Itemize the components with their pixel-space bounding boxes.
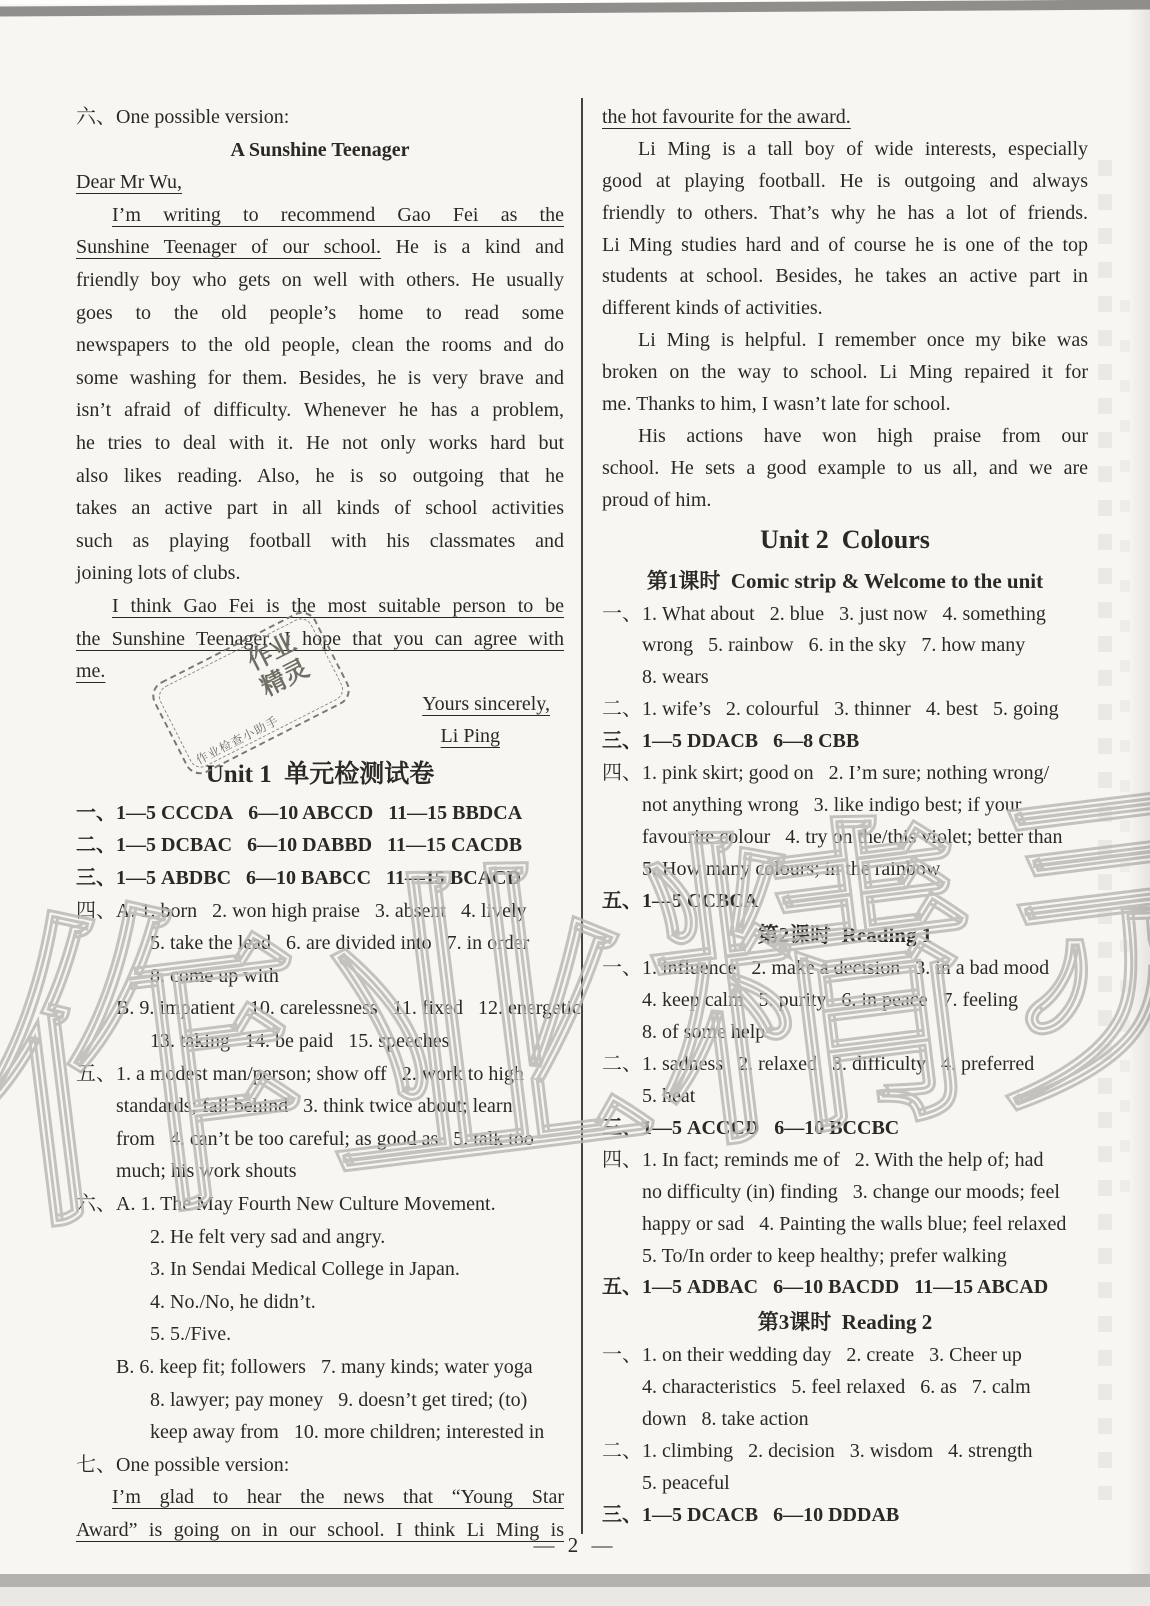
letter-line: goes to the old people’s home to read so…: [76, 297, 564, 330]
answer-line: down 8. take action: [602, 1404, 1088, 1436]
column-divider-rule: [581, 98, 583, 1534]
letter-line: broken on the way to school. Li Ming rep…: [602, 357, 1088, 389]
letter-line: His actions have won high praise from ou…: [602, 421, 1088, 453]
answer-line: wrong 5. rainbow 6. in the sky 7. how ma…: [602, 630, 1088, 662]
answer-line: B. 6. keep fit; followers 7. many kinds;…: [76, 1351, 564, 1384]
letter-segment: He is a kind and: [396, 236, 564, 258]
letter-line: I think Gao Fei is the most suitable per…: [76, 590, 564, 623]
right-column: the hot favourite for the award. Li Ming…: [602, 102, 1088, 1532]
answer-row: 三、1—5 ABDBC 6—10 BABCC 11—15 BCACD: [76, 862, 564, 895]
scanned-answer-page: { "footer": {"page_number": "— 2 —"}, "w…: [0, 0, 1150, 1606]
letter-line: such as playing football with his classm…: [76, 525, 564, 558]
answer-line: 8. wears: [602, 662, 1088, 694]
answer-line: 五、1. a modest man/person; show off 2. wo…: [76, 1058, 564, 1091]
letter-line: isn’t afraid of difficulty. Whenever he …: [76, 394, 564, 427]
answer-row: 三、1—5 DCACB 6—10 DDDAB: [602, 1500, 1088, 1532]
answer-line: 一、1. influence 2. make a decision 3. in …: [602, 953, 1088, 985]
letter-line: Li Ming is a tall boy of wide interests,…: [602, 134, 1088, 166]
answer-line: 六、A. 1. The May Fourth New Culture Movem…: [76, 1188, 564, 1221]
answer-line: 5. heat: [602, 1081, 1088, 1113]
letter-line: students at school. Besides, he takes an…: [602, 261, 1088, 293]
lesson2-heading: 第2课时 Reading 1: [602, 917, 1088, 953]
lesson1-heading: 第1课时 Comic strip & Welcome to the unit: [602, 563, 1088, 599]
answer-row: 三、1—5 ACCCD 6—10 BCCBC: [602, 1113, 1088, 1145]
letter-line: takes an active part in all kinds of sch…: [76, 492, 564, 525]
letter-line: also likes reading. Also, he is so outgo…: [76, 460, 564, 493]
answer-line: 二、1. sadness 2. relaxed 3. difficulty 4.…: [602, 1049, 1088, 1081]
answer-line: 8. come up with: [76, 960, 564, 993]
answer-row: 三、1—5 DDACB 6—8 CBB: [602, 726, 1088, 758]
answer-line: 四、1. In fact; reminds me of 2. With the …: [602, 1145, 1088, 1177]
answer-line: 3. In Sendai Medical College in Japan.: [76, 1253, 564, 1286]
page-number: — 2 —: [0, 1528, 1150, 1562]
answer-line: 4. keep calm 5. purity 6. in peace 7. fe…: [602, 985, 1088, 1017]
unit2-heading: Unit 2 Colours: [602, 517, 1088, 563]
answer-line: 5. How many colours; in the rainbow: [602, 854, 1088, 886]
section-6-label: 六、One possible version:: [76, 101, 564, 134]
answer-line: 4. characteristics 5. feel relaxed 6. as…: [602, 1372, 1088, 1404]
letter-line: friendly boy who gets on well with other…: [76, 264, 564, 297]
scan-bottom-edge: [0, 1574, 1150, 1587]
letter-signature: Li Ping: [76, 720, 564, 753]
letter-line: Li Ming studies hard and of course he is…: [602, 230, 1088, 262]
letter-line: some washing for them. Besides, he is ve…: [76, 362, 564, 395]
unit1-heading: Unit 1 单元检测试卷: [76, 753, 564, 797]
section-7-label: 七、One possible version:: [76, 1449, 564, 1482]
left-column: 六、One possible version: A Sunshine Teena…: [76, 101, 564, 1547]
letter-line: different kinds of activities.: [602, 293, 1088, 325]
answer-line: keep away from 10. more children; intere…: [76, 1416, 564, 1449]
letter-line: me. Thanks to him, I wasn’t late for sch…: [602, 389, 1088, 421]
answer-line: happy or sad 4. Painting the walls blue;…: [602, 1209, 1088, 1241]
bleedthrough-text-ghost: [1098, 160, 1112, 1500]
scan-right-shadow: [1128, 0, 1150, 1606]
answer-line: 5. 5./Five.: [76, 1318, 564, 1351]
letter-line: the hot favourite for the award.: [602, 102, 1088, 134]
answer-line: 二、1. wife’s 2. colourful 3. thinner 4. b…: [602, 694, 1088, 726]
answer-row: 一、1—5 CCCDA 6—10 ABCCD 11—15 BBDCA: [76, 797, 564, 830]
lesson3-heading: 第3课时 Reading 2: [602, 1304, 1088, 1340]
letter-line: good at playing football. He is outgoing…: [602, 166, 1088, 198]
letter-line: I’m glad to hear the news that “Young St…: [76, 1481, 564, 1514]
letter-line: I’m writing to recommend Gao Fei as the: [76, 199, 564, 232]
answer-row: 二、1—5 DCBAC 6—10 DABBD 11—15 CACDB: [76, 829, 564, 862]
answer-line: 二、1. climbing 2. decision 3. wisdom 4. s…: [602, 1436, 1088, 1468]
letter-line: Li Ming is helpful. I remember once my b…: [602, 325, 1088, 357]
letter-line: Sunshine Teenager of our school. He is a…: [76, 231, 564, 264]
answer-line: favourite colour 4. try on the/this viol…: [602, 822, 1088, 854]
answer-line: 5. To/In order to keep healthy; prefer w…: [602, 1241, 1088, 1273]
scan-bottom-margin: [0, 1587, 1150, 1606]
answer-line: 四、1. pink skirt; good on 2. I’m sure; no…: [602, 758, 1088, 790]
answer-line: from 4. can’t be too careful; as good as…: [76, 1123, 564, 1156]
answer-line: 13. taking 14. be paid 15. speeches: [76, 1025, 564, 1058]
answer-line: 四、A. 1. born 2. won high praise 3. absen…: [76, 895, 564, 928]
answer-line: 5. take the lead 6. are divided into 7. …: [76, 927, 564, 960]
letter-line: he tries to deal with it. He not only wo…: [76, 427, 564, 460]
letter-salutation: Dear Mr Wu,: [76, 166, 564, 199]
underlined-segment: Sunshine Teenager of our school.: [76, 236, 381, 258]
answer-row: 五、1—5 ADBAC 6—10 BACDD 11—15 ABCAD: [602, 1272, 1088, 1304]
letter-line: friendly to others. That’s why he has a …: [602, 198, 1088, 230]
answer-line: not anything wrong 3. like indigo best; …: [602, 790, 1088, 822]
letter-line: proud of him.: [602, 485, 1088, 517]
answer-line: B. 9. impatient 10. carelessness 11. fix…: [76, 992, 564, 1025]
answer-line: 一、1. What about 2. blue 3. just now 4. s…: [602, 599, 1088, 631]
answer-line: 一、1. on their wedding day 2. create 3. C…: [602, 1340, 1088, 1372]
answer-line: much; his work shouts: [76, 1155, 564, 1188]
answer-line: 8. of some help: [602, 1017, 1088, 1049]
essay-title: A Sunshine Teenager: [76, 134, 564, 167]
answer-line: 8. lawyer; pay money 9. doesn’t get tire…: [76, 1384, 564, 1417]
answer-line: 2. He felt very sad and angry.: [76, 1221, 564, 1254]
answer-line: 4. No./No, he didn’t.: [76, 1286, 564, 1319]
answer-line: 5. peaceful: [602, 1468, 1088, 1500]
letter-line: school. He sets a good example to us all…: [602, 453, 1088, 485]
letter-line: joining lots of clubs.: [76, 557, 564, 590]
answer-row: 五、1—5 CCBCA: [602, 886, 1088, 918]
answer-line: no difficulty (in) finding 3. change our…: [602, 1177, 1088, 1209]
letter-line: newspapers to the old people, clean the …: [76, 329, 564, 362]
answer-line: standards; fall behind 3. think twice ab…: [76, 1090, 564, 1123]
